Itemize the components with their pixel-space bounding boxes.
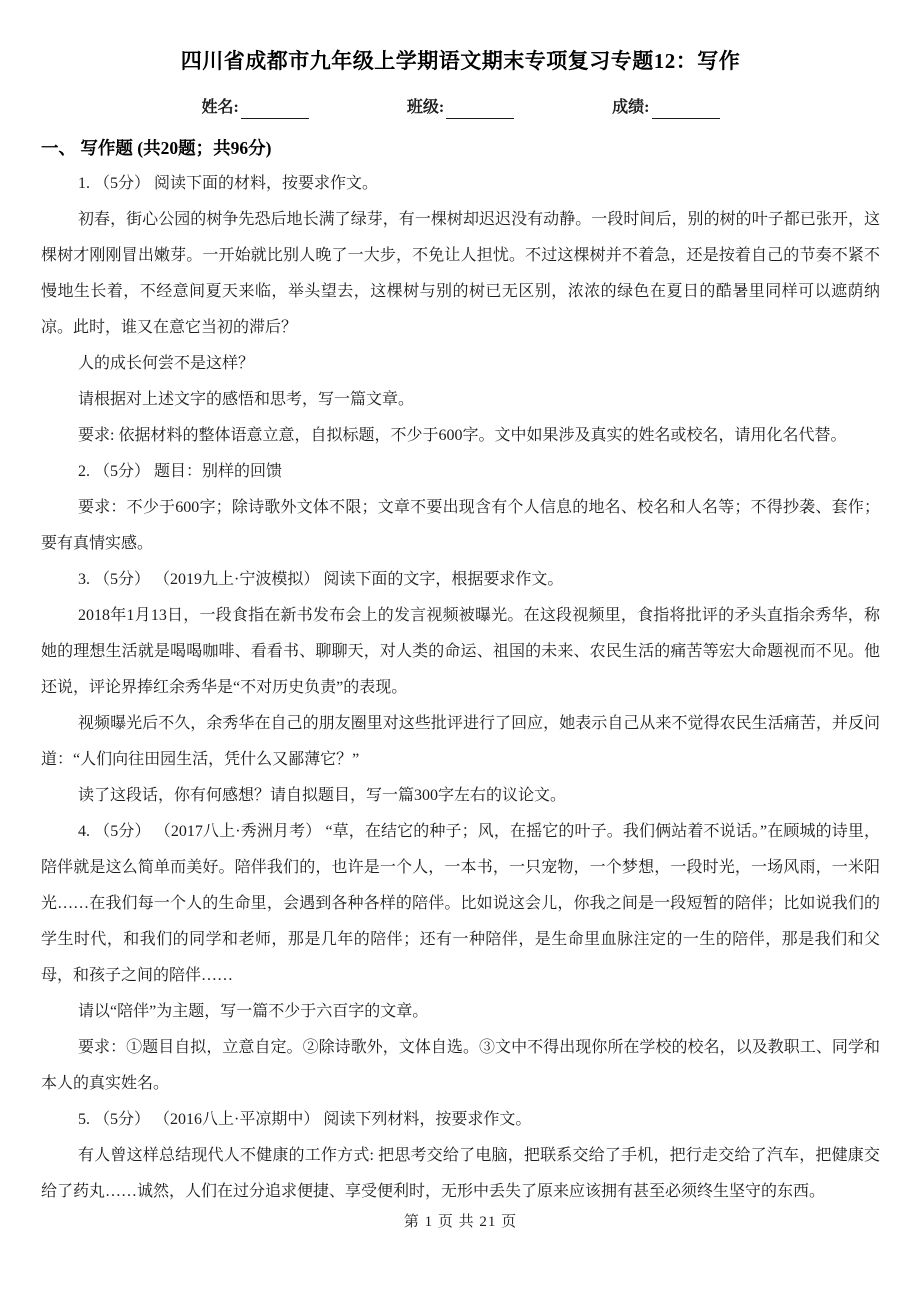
question-4-header-material: 4. （5分） （2017八上·秀洲月考） “草，在结它的种子；风，在摇它的叶子…	[41, 814, 880, 994]
question-4-requirements: 要求：①题目自拟，立意自定。②除诗歌外，文体自选。③文中不得出现你所在学校的校名…	[41, 1030, 880, 1102]
question-3-material-2: 视频曝光后不久，余秀华在自己的朋友圈里对这些批评进行了回应，她表示自己从来不觉得…	[41, 706, 880, 778]
questions-content: 1. （5分） 阅读下面的材料，按要求作文。 初春，街心公园的树争先恐后地长满了…	[41, 166, 880, 1210]
name-field: 姓名:	[201, 97, 308, 119]
question-1-material: 初春，街心公园的树争先恐后地长满了绿芽，有一棵树却迟迟没有动静。一段时间后，别的…	[41, 202, 880, 346]
class-field-label: 班级:	[407, 97, 444, 119]
question-5-material: 有人曾这样总结现代人不健康的工作方式: 把思考交给了电脑，把联系交给了手机，把行…	[41, 1138, 880, 1210]
document-title: 四川省成都市九年级上学期语文期末专项复习专题12：写作	[41, 46, 880, 76]
score-field-label: 成绩:	[612, 97, 649, 119]
question-3-prompt: 读了这段话，你有何感想？请自拟题目，写一篇300字左右的议论文。	[41, 778, 880, 814]
question-4-prompt: 请以“陪伴”为主题，写一篇不少于六百字的文章。	[41, 994, 880, 1030]
question-3-material-1: 2018年1月13日，一段食指在新书发布会上的发言视频被曝光。在这段视频里，食指…	[41, 598, 880, 706]
question-1-requirements: 要求: 依据材料的整体语意立意，自拟标题，不少于600字。文中如果涉及真实的姓名…	[41, 418, 880, 454]
student-info-row: 姓名: 班级: 成绩:	[41, 97, 880, 119]
name-blank	[241, 102, 309, 119]
class-blank	[446, 102, 514, 119]
document-page: 四川省成都市九年级上学期语文期末专项复习专题12：写作 姓名: 班级: 成绩: …	[0, 0, 920, 1302]
question-1-prompt: 请根据对上述文字的感悟和思考，写一篇文章。	[41, 382, 880, 418]
page-number-footer: 第 1 页 共 21 页	[41, 1211, 880, 1233]
question-1-header: 1. （5分） 阅读下面的材料，按要求作文。	[41, 166, 880, 202]
name-field-label: 姓名:	[201, 97, 238, 119]
section-heading: 一、 写作题 (共20题；共96分)	[41, 136, 880, 160]
class-field: 班级:	[407, 97, 514, 119]
question-2-requirements: 要求：不少于600字；除诗歌外文体不限；文章不要出现含有个人信息的地名、校名和人…	[41, 490, 880, 562]
question-1-remark: 人的成长何尝不是这样？	[41, 346, 880, 382]
score-blank	[652, 102, 720, 119]
question-5-header: 5. （5分） （2016八上·平凉期中） 阅读下列材料，按要求作文。	[41, 1102, 880, 1138]
question-2-header: 2. （5分） 题目：别样的回馈	[41, 454, 880, 490]
score-field: 成绩:	[612, 97, 719, 119]
question-3-header: 3. （5分） （2019九上·宁波模拟） 阅读下面的文字，根据要求作文。	[41, 562, 880, 598]
